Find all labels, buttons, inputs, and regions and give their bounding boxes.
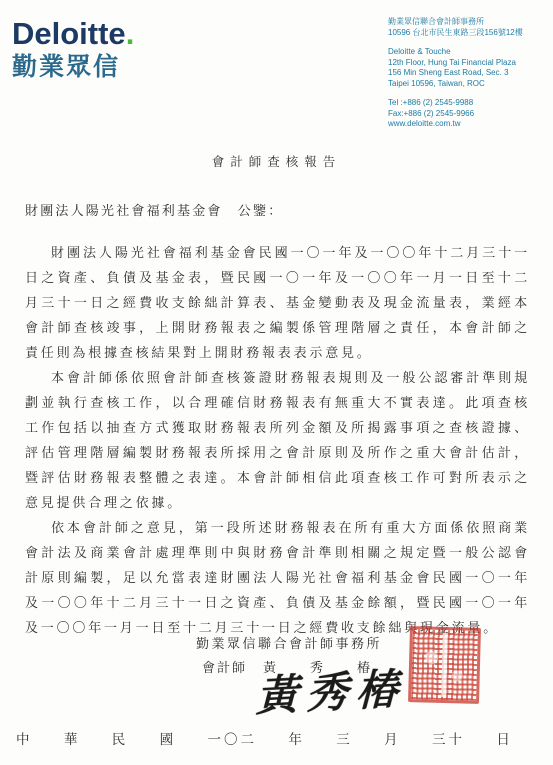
date-part: 民 xyxy=(112,728,129,748)
address-line: 156 Min Sheng East Road, Sec. 3 xyxy=(388,68,550,79)
date-part: 年 xyxy=(288,728,305,748)
contact-line: www.deloitte.com.tw xyxy=(388,119,550,130)
firm-contact-info: Tel :+886 (2) 2545-9988Fax:+886 (2) 2545… xyxy=(388,98,550,130)
address-line: Deloitte & Touche xyxy=(388,47,550,58)
audit-report-page: Deloitte. 勤業眾信 勤業眾信聯合會計師事務所10596 台北市民生東路… xyxy=(0,0,553,765)
date-part: 日 xyxy=(496,728,513,748)
salutation-line: 財團法人陽光社會福利基金會 公鑒： xyxy=(25,200,283,219)
report-paragraph: 依本會計師之意見，第一段所述財務報表在所有重大方面係依照商業會計法及商業會計處理… xyxy=(25,515,530,640)
report-title: 會計師查核報告 xyxy=(0,152,553,170)
roc-date-line: 中華民國一〇二年三月三十日 xyxy=(16,728,513,748)
firm-address-chinese: 勤業眾信聯合會計師事務所10596 台北市民生東路三段156號12樓 xyxy=(388,17,550,38)
report-paragraph: 財團法人陽光社會福利基金會民國一〇一年及一〇〇年十二月三十一日之資產、負債及基金… xyxy=(25,240,530,365)
firm-address-block: 勤業眾信聯合會計師事務所10596 台北市民生東路三段156號12樓 Deloi… xyxy=(388,17,550,139)
date-part: 三十 xyxy=(432,728,465,748)
date-part: 三 xyxy=(336,728,353,748)
address-line: 12th Floor, Hung Tai Financial Plaza xyxy=(388,58,550,69)
report-paragraph: 本會計師係依照會計師查核簽證財務報表規則及一般公認審計準則規劃並執行查核工作，以… xyxy=(25,365,530,515)
deloitte-chinese-name: 勤業眾信 xyxy=(12,55,134,80)
cpa-seal-stamp-icon xyxy=(408,626,481,704)
signature-firm-name: 勤業眾信聯合會計師事務所 xyxy=(196,633,382,652)
date-part: 中 xyxy=(16,728,33,748)
cpa-handwritten-signature: 黃秀椿 xyxy=(256,656,407,724)
date-part: 月 xyxy=(384,728,401,748)
address-line: 勤業眾信聯合會計師事務所 xyxy=(388,17,550,28)
report-body: 財團法人陽光社會福利基金會民國一〇一年及一〇〇年十二月三十一日之資產、負債及基金… xyxy=(25,240,530,640)
date-part: 一〇二 xyxy=(208,728,258,748)
contact-line: Fax:+886 (2) 2545-9966 xyxy=(388,109,550,120)
date-part: 國 xyxy=(160,728,177,748)
contact-line: Tel :+886 (2) 2545-9988 xyxy=(388,98,550,109)
address-line: Taipei 10596, Taiwan, ROC xyxy=(388,79,550,90)
deloitte-green-dot-icon: . xyxy=(126,16,135,51)
seal-inner-gap xyxy=(441,633,448,698)
cpa-label: 會計師 xyxy=(202,660,247,675)
date-part: 華 xyxy=(64,728,81,748)
address-line: 10596 台北市民生東路三段156號12樓 xyxy=(388,28,550,39)
deloitte-logo: Deloitte. 勤業眾信 xyxy=(12,18,134,80)
deloitte-wordmark: Deloitte. xyxy=(12,18,134,49)
deloitte-wordmark-text: Deloitte xyxy=(12,16,126,51)
firm-address-english: Deloitte & Touche12th Floor, Hung Tai Fi… xyxy=(388,47,550,89)
